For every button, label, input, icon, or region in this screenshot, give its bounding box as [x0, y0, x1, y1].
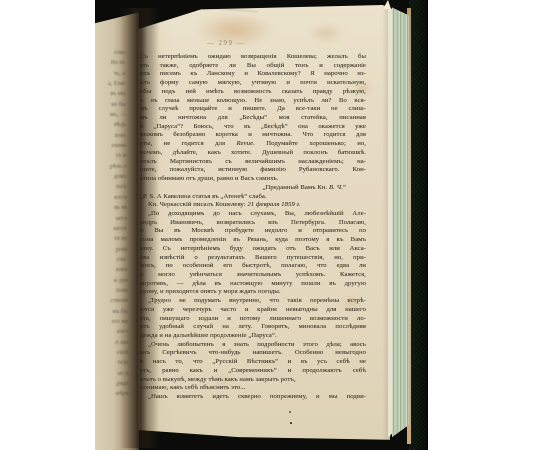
left-page-text-fragment: мъ бы: [97, 306, 131, 317]
text-line: ишкомъ безобразно коротка и ничтожна. Чт…: [140, 131, 366, 140]
text-line: ются уже черезчуръ часто и крайне невыго…: [140, 306, 366, 315]
left-page-text-fragment: а, Елаг: [95, 79, 129, 90]
text-line: ишу. Съ нетерпѣніемъ буду ожидать отъ Ва…: [140, 245, 366, 254]
text-line: алъ форму самую мягкую, учтивую и почти …: [140, 79, 366, 88]
left-page-text-fragment: его же: [97, 317, 131, 328]
left-page-text-fragment: наго: [97, 327, 131, 338]
text-line: андръ Ивановичъ, возвратились изъ Петерб…: [140, 219, 366, 228]
text-line: я насъ то, что „Русскій Вѣстникъ“ и въ у…: [140, 358, 366, 367]
text-line: ата, пишущаго издали и потому лишеннаго …: [140, 315, 366, 324]
text-line: ить удобный случай на лету. Говорятъ, ми…: [140, 323, 366, 332]
text-line: атина обнимаю отъ души, равно и Васъ сам…: [140, 175, 366, 184]
text-line: „Трудно не подумать внутренно, что такія…: [140, 297, 366, 306]
left-page-text-fragment: рова: [96, 244, 130, 255]
left-page-text-fragment: мъ, —: [95, 110, 129, 121]
left-page-text-fragment: рѣчь о: [95, 162, 129, 173]
left-page-text-fragment: пова: [97, 286, 131, 297]
left-page-text-fragment: тъ и: [95, 151, 129, 162]
fore-edge-pages: [392, 4, 409, 446]
left-page-text-fragment: шенъ: [96, 224, 130, 235]
text-line: апротивъ, — дѣла въ настоящую минуту пош…: [140, 280, 366, 289]
page-crease: [152, 0, 218, 9]
left-page-text-fragment: лась: [96, 182, 130, 193]
text-line: рочемъ, дѣлайте, какъ хотите. Душевный п…: [140, 149, 366, 158]
left-page-text-fragment: ловъ: [95, 131, 129, 142]
left-page-text-fragment: А мы: [97, 337, 131, 348]
page-crease: [198, 7, 258, 12]
left-page-text-fragment: въ мі: [96, 203, 130, 214]
left-page-text-fragment: но и: [98, 368, 132, 379]
text-line: шите, пожалуйста, истинную фамилію Рубан…: [140, 166, 366, 175]
left-page-text-fragment: домъ: [95, 172, 129, 183]
text-line: етъ, равно какъ и „Современникъ“ и продо…: [140, 367, 366, 376]
left-page-text-fragment: счи-: [96, 255, 130, 266]
text-line: дежда и на дальнѣйшее продолженіе „Парус…: [140, 332, 366, 341]
text-line: Кн. Черкасскій писалъ Кошелеву: 21 февра…: [140, 201, 366, 210]
left-page-text-fragment: ти въ: [96, 234, 130, 245]
text-line: еты, не годится для Revue. Подумайте хор…: [140, 140, 366, 149]
text-line: ова извѣстій о результатахъ Вашего путеш…: [140, 254, 366, 263]
text-line: мъ случаѣ прощайте и пишите. Да все-таки…: [140, 105, 366, 114]
text-line: обы подъ ней имѣть возможность сказать п…: [140, 88, 366, 97]
left-page-text-fragment: тель: [97, 358, 131, 369]
left-page-text-column: говъНо въть, иа, Елагвъ мыне бымъ, —вѣдь…: [95, 48, 132, 400]
text-line: о въ глаза меньше колющую. Не знаю, успѣ…: [140, 97, 366, 106]
left-page-text-fragment: ственн: [97, 296, 131, 307]
body-text: Съ нетерпѣніемъ ожидаю возвращенія Кошел…: [140, 53, 366, 402]
text-line: „Нашъ комитетъ идетъ скверно попрежнему,…: [140, 393, 366, 402]
text-line: „Преданный Вамъ Кн. В. Ч.“: [140, 184, 366, 193]
book-cover: [409, 0, 428, 450]
left-page-text-fragment: ются: [96, 193, 130, 204]
text-line: аюсь, по особенной его быстротѣ, полагаю…: [140, 262, 366, 271]
left-page-text-fragment: какъ: [96, 265, 130, 276]
text-line: „По доходящимъ до насъ слухамъ, Вы, любе…: [140, 210, 366, 219]
text-line: о могло увѣнчаться значительнымъ успѣхом…: [140, 271, 366, 280]
text-line: анъ Сергѣевичъ что-нибудь напишетъ. Особ…: [140, 349, 366, 358]
page-dog-ear: [383, 0, 391, 9]
text-line: о Вы въ Москвѣ пробудете недолго и отпра…: [140, 227, 366, 236]
left-page-text-fragment: Но въ: [95, 58, 128, 69]
text-line: италъ Мартинистовъ съ величайшимъ наслаж…: [140, 158, 366, 167]
text-line: понимаю, какъ себѣ объяснить это...: [140, 384, 366, 393]
text-line: „P. S. А Кавелина статья въ „Атенеѣ“ сла…: [140, 193, 366, 202]
left-page-text-fragment: злами: [95, 141, 129, 152]
text-line: орону, и приходится опять у моря ждать п…: [140, 288, 366, 297]
text-line: „Очень любопытенъ я знать подробности эт…: [140, 341, 366, 350]
text-line: я „Паруса“? Боюсь, что въ „Бесѣдѣ“ она о…: [140, 123, 366, 132]
left-page-text-fragment: и дня: [97, 275, 131, 286]
page-canvas: говъНо въть, иа, Елагвъ мыне бымъ, —вѣдь…: [0, 0, 550, 450]
right-page: — 299 — Съ нетерпѣніемъ ожидаю возвращен…: [138, 5, 390, 445]
left-page-text-fragment: ть, и: [95, 69, 128, 80]
text-line: ихъ писемъ къ Ланскому и Ковалевскому? Я…: [140, 70, 366, 79]
left-page-text-fragment: рядъ: [98, 379, 132, 390]
page-number: — 299 —: [138, 39, 314, 47]
left-page-text-fragment: ской: [97, 348, 131, 359]
text-line: Съ нетерпѣніемъ ожидаю возвращенія Кошел…: [140, 53, 366, 62]
left-page-text-fragment: мѣръ: [98, 389, 132, 400]
left-page-text-fragment: не бы: [95, 100, 129, 111]
left-page-text-fragment: въ мы: [95, 89, 129, 100]
left-page-text-fragment: него: [96, 213, 130, 224]
book-photograph: говъНо въть, иа, Елагвъ мыне бымъ, —вѣдь…: [95, 0, 428, 450]
left-page: говъНо въть, иа, Елагвъ мыне бымъ, —вѣдь…: [95, 10, 139, 450]
left-page-text-fragment: говъ: [95, 48, 128, 59]
text-line: сьма маломъ промедленіи въ Рязань, куда …: [140, 236, 366, 245]
text-line: ичать о выкупѣ, между тѣмъ какъ намъ зак…: [140, 376, 366, 385]
text-line: мъ ли ничтожна для „Бесѣды“ моя статейка…: [140, 114, 366, 123]
stray-ink-dot: .: [289, 411, 291, 413]
text-line: ать также, одобряете ли Вы общій тонъ и …: [140, 62, 366, 71]
left-page-text-fragment: вѣдь: [95, 120, 129, 131]
